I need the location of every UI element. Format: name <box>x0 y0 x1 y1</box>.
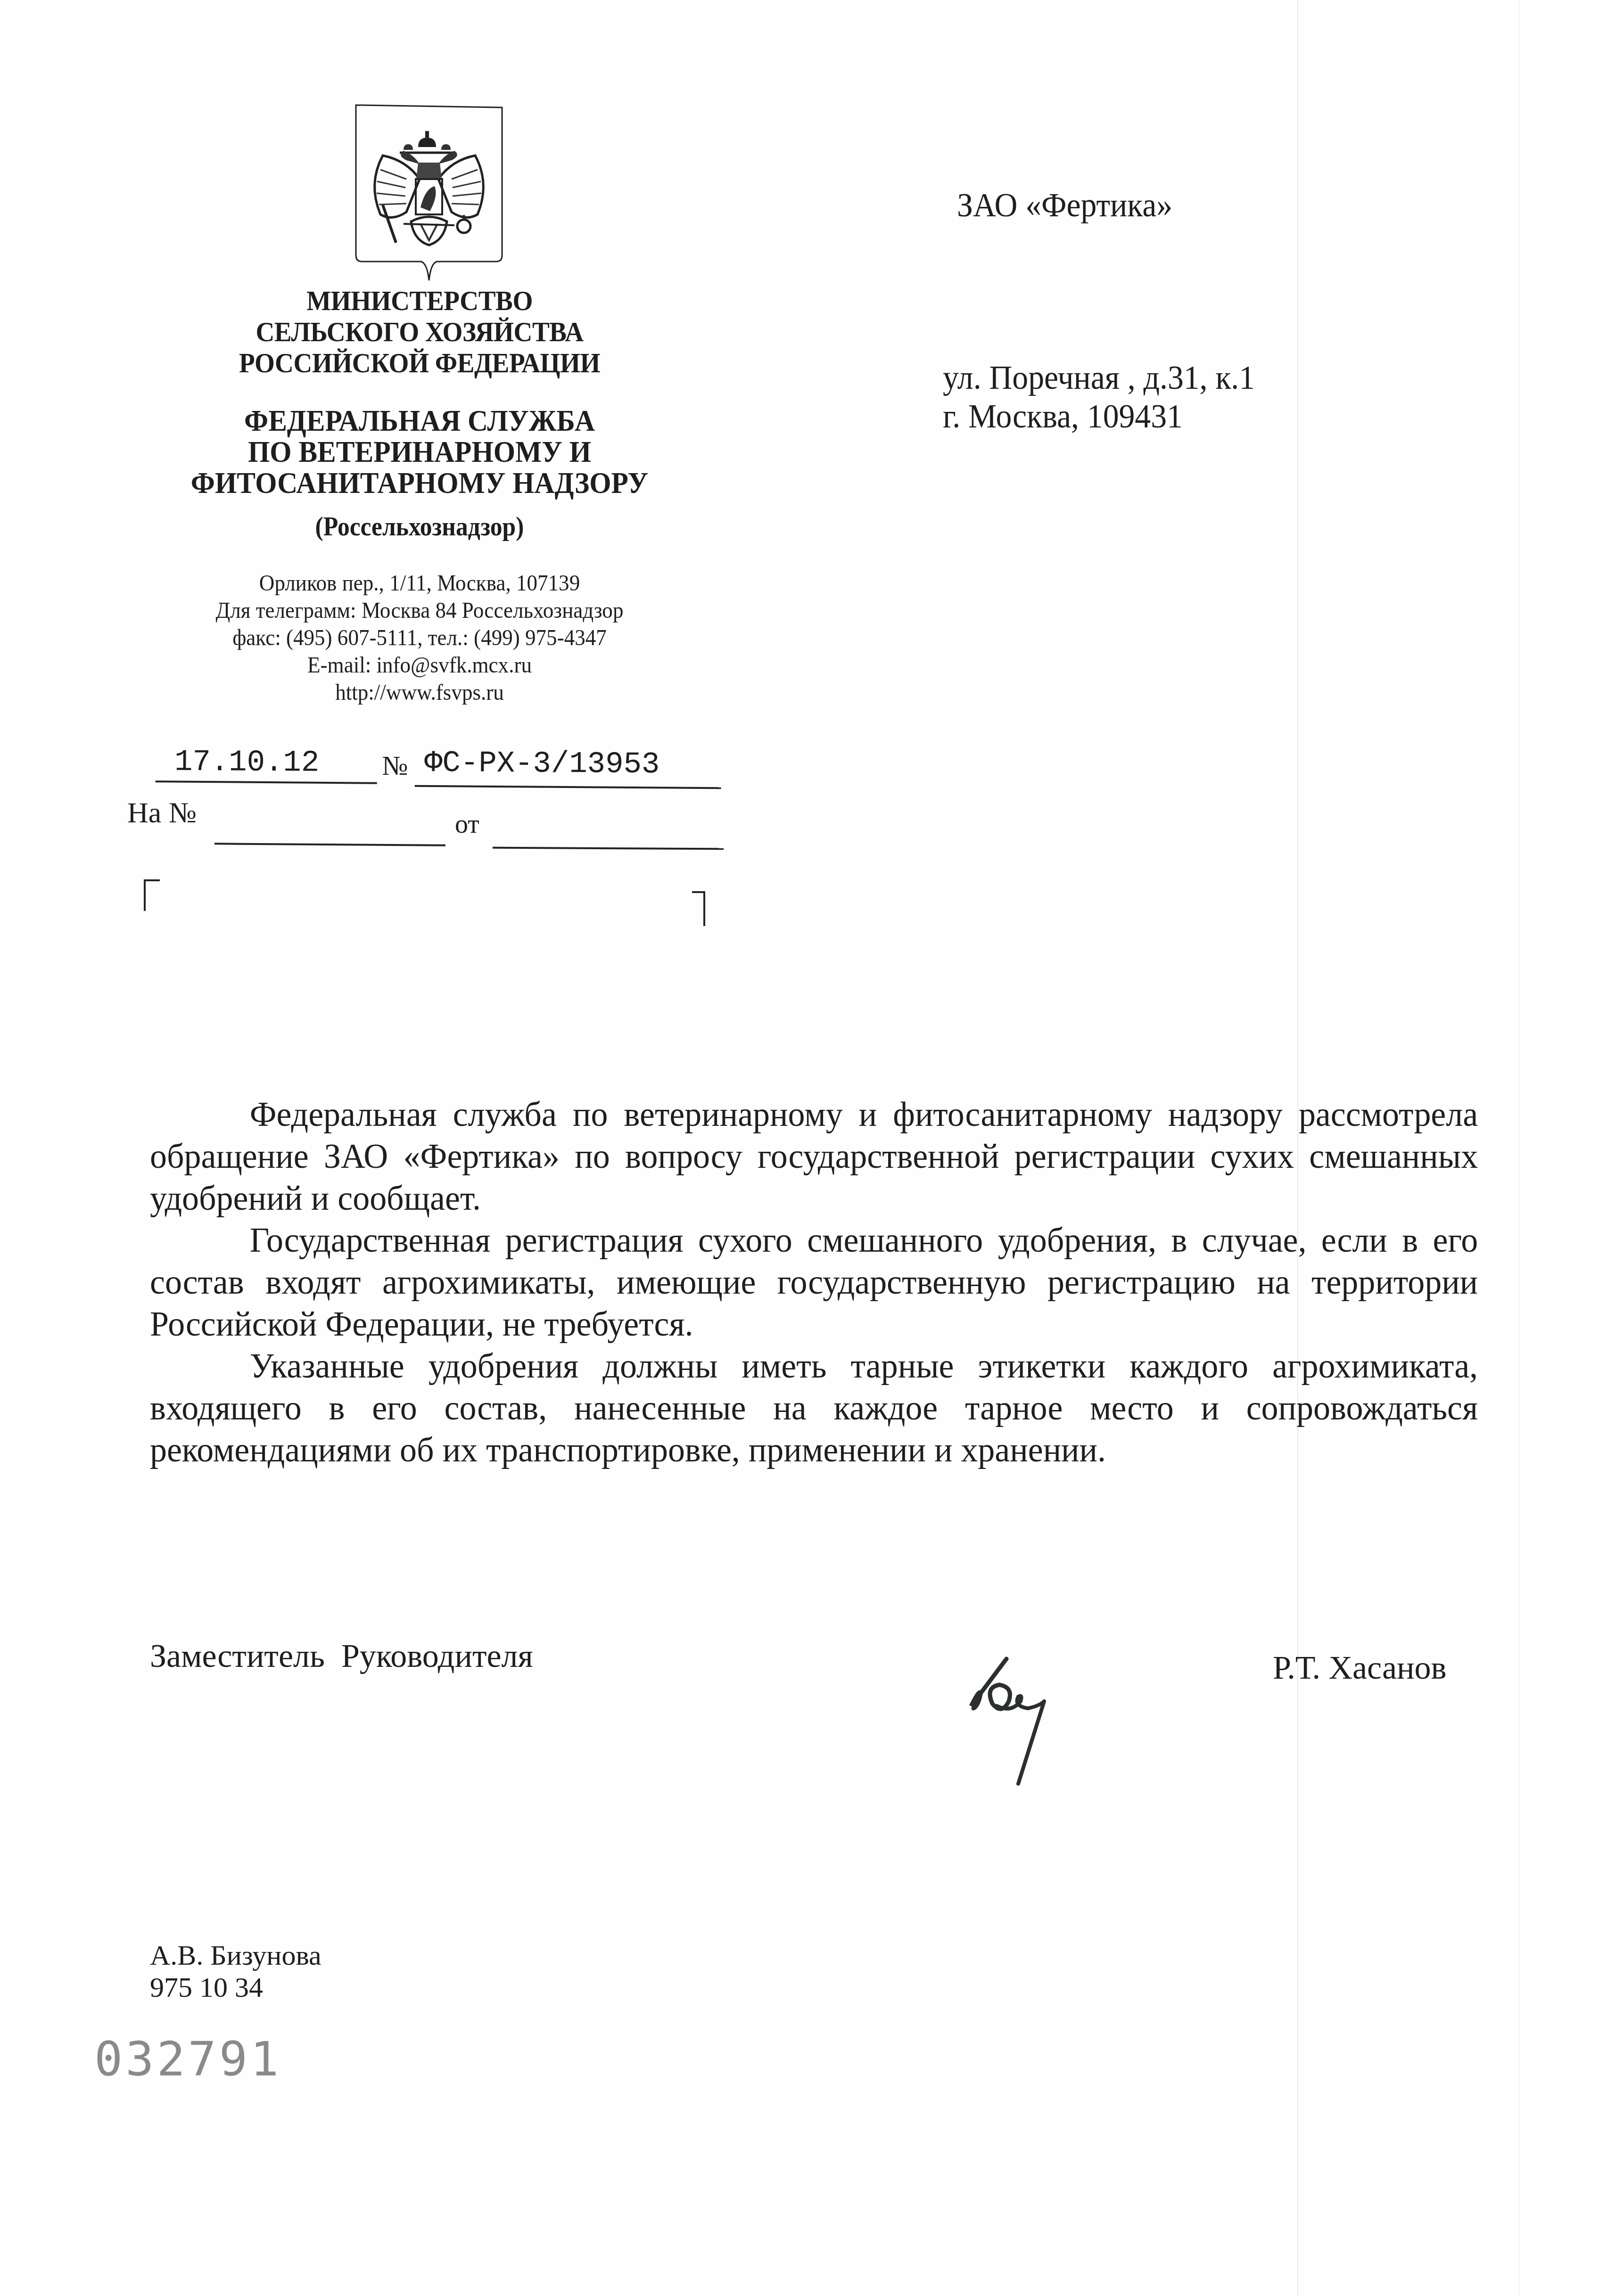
body-paragraph: Указанные удобрения должны иметь тарные … <box>150 1345 1478 1471</box>
outgoing-number: ФС-РХ-3/13953 <box>415 744 722 789</box>
scan-artifact-line <box>1519 0 1520 2296</box>
serial-stamp: 032791 <box>94 2036 281 2083</box>
body-paragraph: Федеральная служба по ветеринарному и фи… <box>150 1093 1478 1219</box>
letterhead-contacts: Орликов пер., 1/11, Москва, 107139 Для т… <box>133 569 706 706</box>
email: E-mail: info@svfk.mcx.ru <box>133 651 706 679</box>
service-abbreviation: (Россельхознадзор) <box>133 511 706 542</box>
postal-address: Орликов пер., 1/11, Москва, 107139 <box>133 569 706 597</box>
website: http://www.fsvps.ru <box>133 679 706 706</box>
signatory-name: Р.Т. Хасанов <box>1273 1649 1447 1687</box>
reference-date-blank <box>493 847 724 850</box>
addressee-name: ЗАО «Фертика» <box>957 186 1172 224</box>
executor-info: А.В. Бизунова 975 10 34 <box>150 1939 322 2003</box>
handwritten-signature-icon <box>952 1635 1075 1786</box>
registration-row: 17.10.12 № ФС-РХ-3/13953 <box>132 745 721 792</box>
service-name: ФЕДЕРАЛЬНАЯ СЛУЖБА ПО ВЕТЕРИНАРНОМУ И ФИ… <box>130 405 709 499</box>
number-label: № <box>382 749 408 782</box>
signatory-position: Заместитель Руководителя <box>150 1638 533 1675</box>
coat-of-arms-icon <box>354 104 503 283</box>
subject-corner-left <box>144 879 160 911</box>
subject-corner-right <box>692 891 705 926</box>
letter-body: Федеральная служба по ветеринарному и фи… <box>150 1093 1478 1471</box>
reference-from-label: от <box>455 808 479 841</box>
letter-page: МИНИСТЕРСТВО СЕЛЬСКОГО ХОЗЯЙСТВА РОССИЙС… <box>0 0 1624 2296</box>
fax-phone: факс: (495) 607-5111, тел.: (499) 975-43… <box>133 624 706 651</box>
body-paragraph: Государственная регистрация сухого смеша… <box>150 1219 1478 1345</box>
outgoing-date: 17.10.12 <box>156 744 378 784</box>
telegram-address: Для телеграмм: Москва 84 Россельхознадзо… <box>133 597 706 624</box>
reference-row: На № от <box>127 796 721 844</box>
addressee-address: ул. Поречная , д.31, к.1 г. Москва, 1094… <box>943 358 1255 435</box>
executor-phone: 975 10 34 <box>150 1971 322 2003</box>
reference-number-blank <box>214 843 445 846</box>
reference-number-label: На № <box>127 796 197 829</box>
executor-name: А.В. Бизунова <box>150 1939 322 1971</box>
ministry-name: МИНИСТЕРСТВО СЕЛЬСКОГО ХОЗЯЙСТВА РОССИЙС… <box>133 285 706 378</box>
